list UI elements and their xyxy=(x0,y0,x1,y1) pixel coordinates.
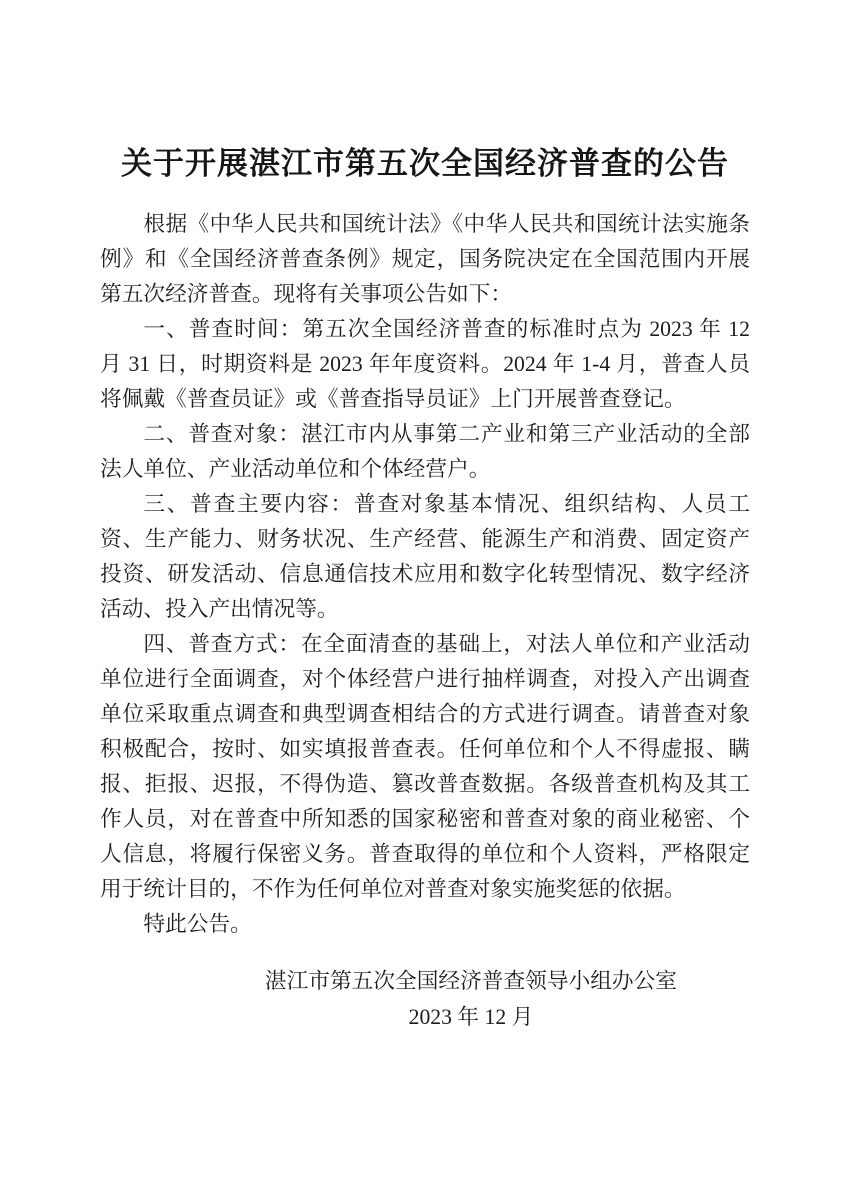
paragraph-census-targets: 二、普查对象：湛江市内从事第二产业和第三产业活动的全部法人单位、产业活动单位和个… xyxy=(100,417,750,487)
paragraph-census-time: 一、普查时间：第五次全国经济普查的标准时点为 2023 年 12 月 31 日，… xyxy=(100,312,750,417)
paragraph-closing: 特此公告。 xyxy=(100,907,750,942)
signature-line: 湛江市第五次全国经济普查领导小组办公室 xyxy=(265,963,677,999)
document-page: 关于开展湛江市第五次全国经济普查的公告 根据《中华人民共和国统计法》《中华人民共… xyxy=(0,0,850,1202)
signature-block: 湛江市第五次全国经济普查领导小组办公室 2023 年 12 月 xyxy=(265,963,677,1035)
paragraph-census-content: 三、普查主要内容：普查对象基本情况、组织结构、人员工资、生产能力、财务状况、生产… xyxy=(100,487,750,627)
paragraph-census-method: 四、普查方式：在全面清查的基础上，对法人单位和产业活动单位进行全面调查，对个体经… xyxy=(100,627,750,907)
document-body: 根据《中华人民共和国统计法》《中华人民共和国统计法实施条例》和《全国经济普查条例… xyxy=(100,207,750,1035)
page-title: 关于开展湛江市第五次全国经济普查的公告 xyxy=(0,138,850,183)
date-line: 2023 年 12 月 xyxy=(265,999,677,1035)
paragraph-intro: 根据《中华人民共和国统计法》《中华人民共和国统计法实施条例》和《全国经济普查条例… xyxy=(100,207,750,312)
